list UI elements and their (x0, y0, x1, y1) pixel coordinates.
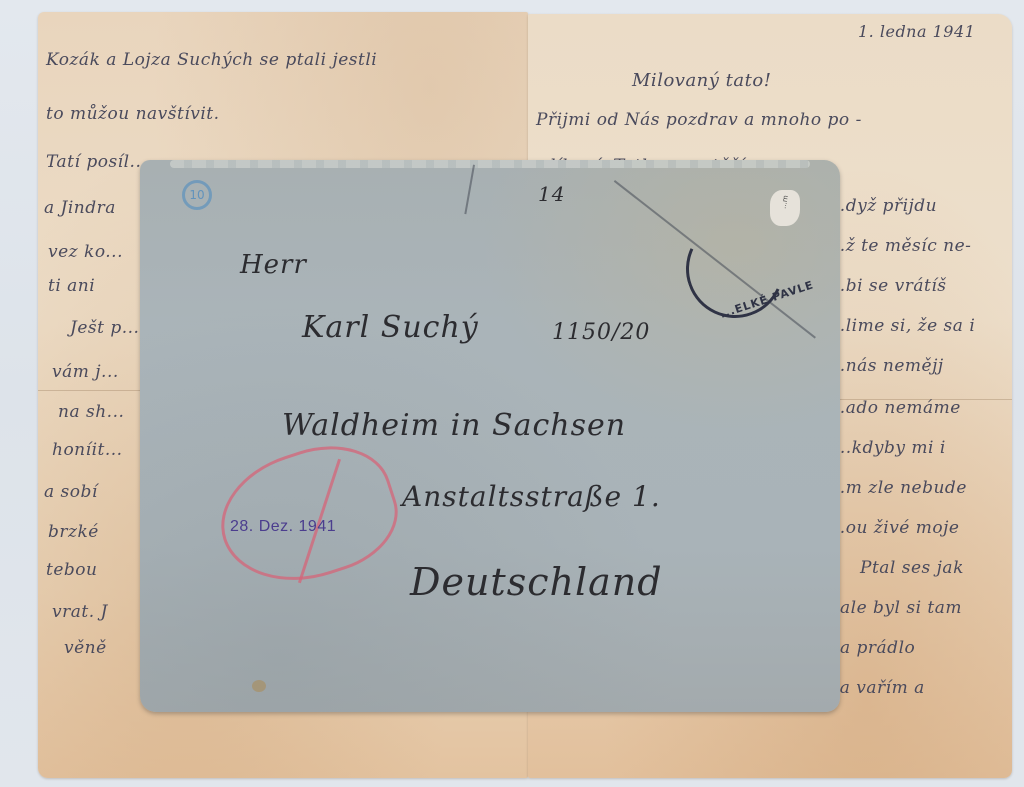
envelope-tear (465, 165, 475, 215)
envelope-page-number: 14 (538, 182, 565, 206)
address-salutation: Herr (240, 250, 307, 280)
paper-stain (252, 680, 266, 692)
letter-line: ...ado nemáme (828, 398, 961, 418)
letter-line: Přijmi od Nás pozdrav a mnoho po - (536, 110, 862, 130)
letter-line: ...bi se vrátíš (828, 276, 946, 296)
letter-line: brzké (48, 522, 99, 542)
letter-line: věně (64, 638, 107, 658)
red-censor-mark (205, 428, 411, 602)
letter-line: ...nás nemějj (828, 356, 944, 376)
letter-line: Ješt p... (70, 318, 139, 338)
letter-line: honíit... (52, 440, 123, 460)
letter-line: a sobí (44, 482, 98, 502)
received-date-stamp: 28. Dez. 1941 (230, 518, 336, 536)
torn-flap-edge (170, 160, 810, 168)
letter-line: ...ž te měsíc ne- (828, 236, 971, 256)
letter-line: ...ou živé moje (828, 518, 959, 538)
letter-line: ...m zle nebude (828, 478, 967, 498)
letter-line: to můžou navštívit. (46, 104, 220, 124)
letter-line: Tatí posíl... (46, 152, 147, 172)
letter-line: tebou (46, 560, 97, 580)
address-city: Waldheim in Sachsen (282, 408, 626, 443)
envelope: 10 14 ...m ...ELKÉ PAVLE Herr Karl Suchý… (140, 160, 840, 712)
letter-line: Ptal ses jak (860, 558, 964, 578)
letter-line: ...dyž přijdu (828, 196, 937, 216)
letter-line: ...kdyby mi i (834, 438, 946, 458)
address-street: Anstaltsstraße 1. (402, 480, 661, 513)
address-country: Deutschland (410, 560, 663, 604)
letter-line: vez ko... (48, 242, 123, 262)
prisoner-number: 1150/20 (552, 320, 650, 345)
blue-circle-mark: 10 (182, 180, 212, 210)
letter-line: ja vařím a (834, 678, 925, 698)
letter-line: vrat. J (52, 602, 108, 622)
letter-line: a prádlo (840, 638, 915, 658)
letter-line: ...lime si, že sa i (828, 316, 975, 336)
letter-line: ale byl si tam (840, 598, 962, 618)
letter-line: ti ani (48, 276, 95, 296)
letter-line: Kozák a Lojza Suchých se ptali jestli (46, 50, 377, 70)
letter-salutation: Milovaný tato! (632, 70, 771, 91)
letter-line: a Jindra (44, 198, 116, 218)
recipient-name: Karl Suchý (302, 310, 479, 345)
letter-date: 1. ledna 1941 (858, 22, 975, 41)
letter-line: vám j... (52, 362, 119, 382)
torn-stamp-remnant: ...m (770, 190, 800, 226)
letter-line: na sh... (58, 402, 124, 422)
